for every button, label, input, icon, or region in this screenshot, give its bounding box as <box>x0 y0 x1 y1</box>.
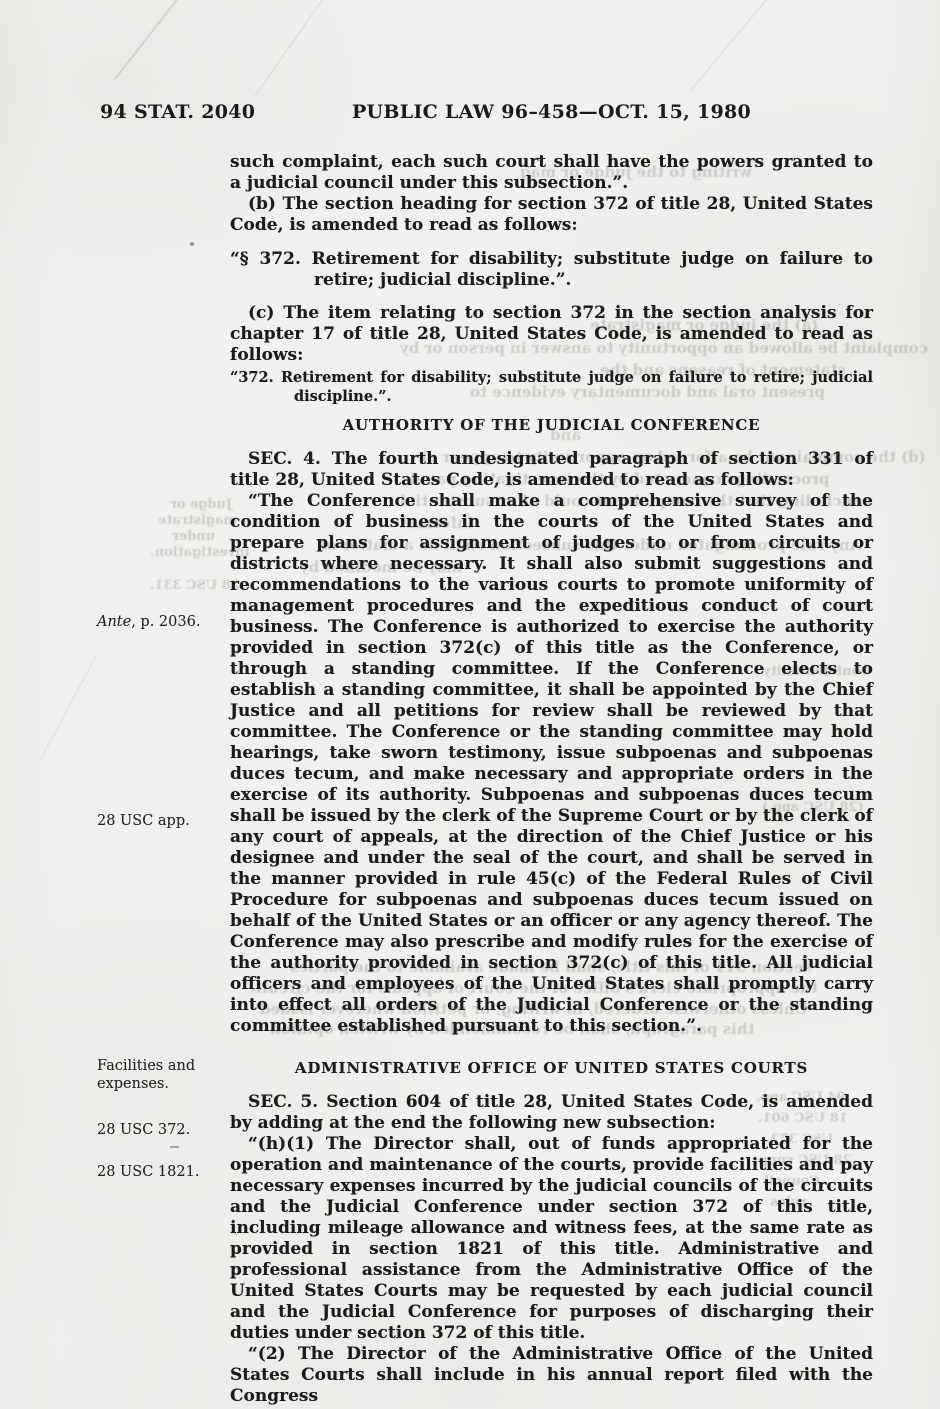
paragraph-continuation: such complaint, each such court shall ha… <box>230 152 873 194</box>
usc-app-note: 28 USC app. <box>97 812 229 830</box>
paragraph: “(h)(1) The Director shall, out of funds… <box>230 1134 873 1344</box>
law-running-head: PUBLIC LAW 96–458—OCT. 15, 1980 <box>230 101 873 123</box>
scanned-statute-page: writing to the judge or mag(a) the judge… <box>0 0 940 1409</box>
paragraph: SEC. 4. The fourth undesignated paragrap… <box>230 449 873 491</box>
usc-372-note: 28 USC 372. <box>97 1121 229 1139</box>
scratch-mark <box>114 0 226 80</box>
ink-speck <box>170 1146 179 1148</box>
ink-speck <box>190 242 194 246</box>
section-372-heading: “§ 372. Retirement for disability; subst… <box>230 249 873 291</box>
paragraph: (c) The item relating to section 372 in … <box>230 303 873 366</box>
bleedthrough-text: Judge or <box>170 497 232 512</box>
bleedthrough-text: under <box>172 529 215 544</box>
ante-reference: Ante, p. 2036. <box>97 613 229 631</box>
usc-1821-note: 28 USC 1821. <box>97 1163 229 1181</box>
facilities-note: Facilities and expenses. <box>97 1057 229 1093</box>
paragraph: SEC. 5. Section 604 of title 28, United … <box>230 1092 873 1134</box>
statute-text-column: such complaint, each such court shall ha… <box>230 152 873 1407</box>
paragraph: “(2) The Director of the Administrative … <box>230 1344 873 1407</box>
scratch-mark <box>254 0 382 97</box>
scratch-mark <box>689 0 787 92</box>
scratch-mark <box>39 655 97 762</box>
paragraph: “The Conference shall make a comprehensi… <box>230 491 873 1037</box>
center-heading: AUTHORITY OF THE JUDICIAL CONFERENCE <box>230 416 873 435</box>
bleedthrough-text: magistrate <box>158 513 237 528</box>
section-analysis-item: “372. Retirement for disability; substit… <box>230 368 873 406</box>
bleedthrough-text: 28 USC 331. <box>150 578 240 593</box>
paragraph: (b) The section heading for section 372 … <box>230 194 873 236</box>
center-heading: ADMINISTRATIVE OFFICE OF UNITED STATES C… <box>230 1059 873 1078</box>
